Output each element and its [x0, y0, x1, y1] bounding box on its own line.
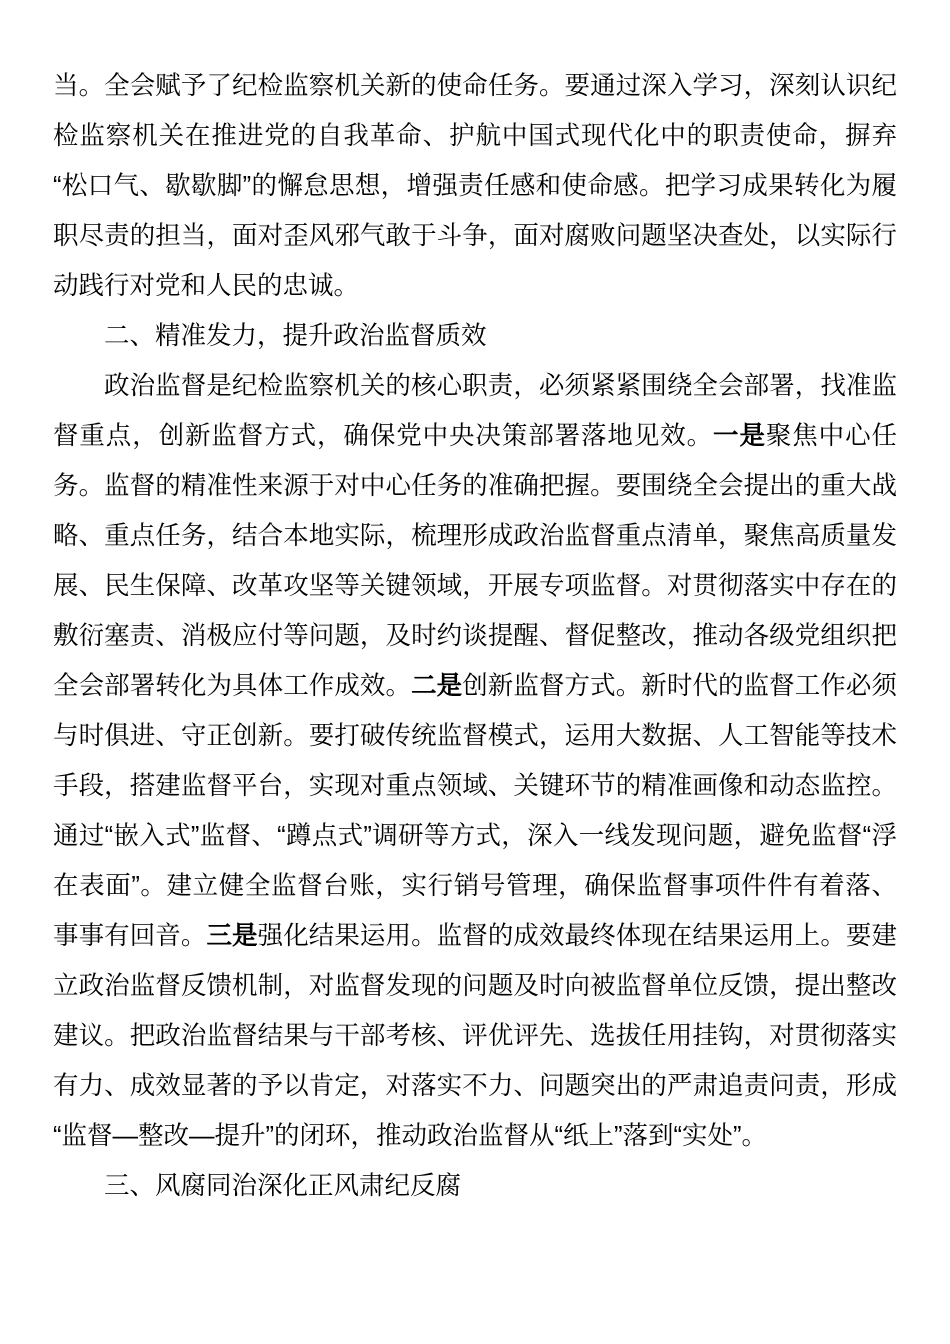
section-heading: 二、精准发力，提升政治监督质效 [53, 311, 897, 361]
bold-emphasis-run: 三是 [206, 922, 257, 950]
text-run: 三、风腐同治深化正风肃纪反腐 [104, 1172, 461, 1200]
document-body: 当。全会赋予了纪检监察机关新的使命任务。要通过深入学习，深刻认识纪检监察机关在推… [0, 0, 950, 1211]
text-run: 创新监督方式。新时代的监督工作必须与时俱进、守正创新。要打破传统监督模式，运用大… [53, 672, 897, 950]
bold-emphasis-run: 二是 [411, 672, 462, 700]
text-run: 强化结果运用。监督的成效最终体现在结果运用上。要建立政治监督反馈机制，对监督发现… [53, 922, 897, 1150]
bold-emphasis-run: 一是 [713, 422, 766, 450]
paragraph: 当。全会赋予了纪检监察机关新的使命任务。要通过深入学习，深刻认识纪检监察机关在推… [53, 61, 897, 311]
section-heading: 三、风腐同治深化正风肃纪反腐 [53, 1161, 897, 1211]
text-run: 二、精准发力，提升政治监督质效 [104, 322, 487, 350]
text-run: 当。全会赋予了纪检监察机关新的使命任务。要通过深入学习，深刻认识纪检监察机关在推… [53, 72, 897, 300]
text-run: 聚焦中心任务。监督的精准性来源于对中心任务的准确把握。要围绕全会提出的重大战略、… [53, 422, 897, 700]
paragraph: 政治监督是纪检监察机关的核心职责，必须紧紧围绕全会部署，找准监督重点，创新监督方… [53, 361, 897, 1161]
